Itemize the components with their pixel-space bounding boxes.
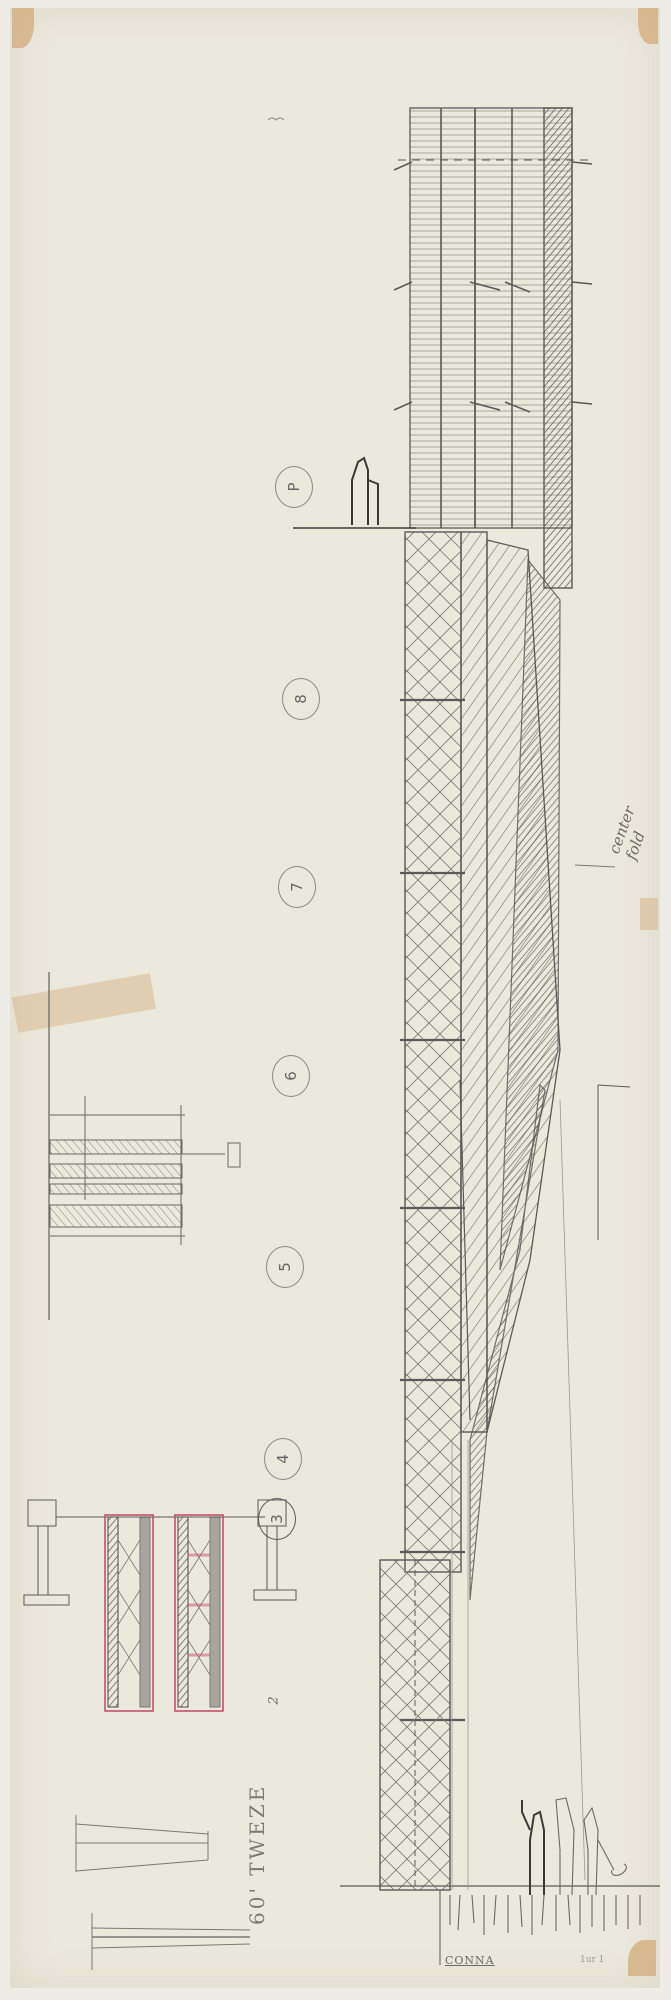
building-elevation-sketch [0,0,671,2000]
ground-figures [440,1798,640,1935]
upper-tower [394,108,592,588]
floor-marker-7: 7 [278,866,316,908]
floor-marker-3: 3 [258,1498,296,1540]
floor-marker-6: 6 [272,1055,310,1097]
floor-marker-5: 5 [266,1246,304,1288]
signature: CONNA [445,1954,495,1967]
floor-marker-8: 8 [282,678,320,720]
mid-tower [400,532,560,1720]
side-label-note: 60' TWEZE [245,1784,269,1925]
artwork-frame: P 8 7 6 5 4 3 center fold 60' TWEZE 2 CO… [0,0,671,2000]
floor-marker-4: 4 [264,1438,302,1480]
corner-mark: 1ur 1 [580,1955,604,1965]
plan-marker-note: 2 [267,1696,282,1704]
wall-section-detail [49,972,240,1320]
column-plan-detail [24,1500,296,1711]
floor-marker-p: P [275,466,313,508]
bird-mark [268,118,284,120]
beam-profile-details [76,1815,250,1970]
